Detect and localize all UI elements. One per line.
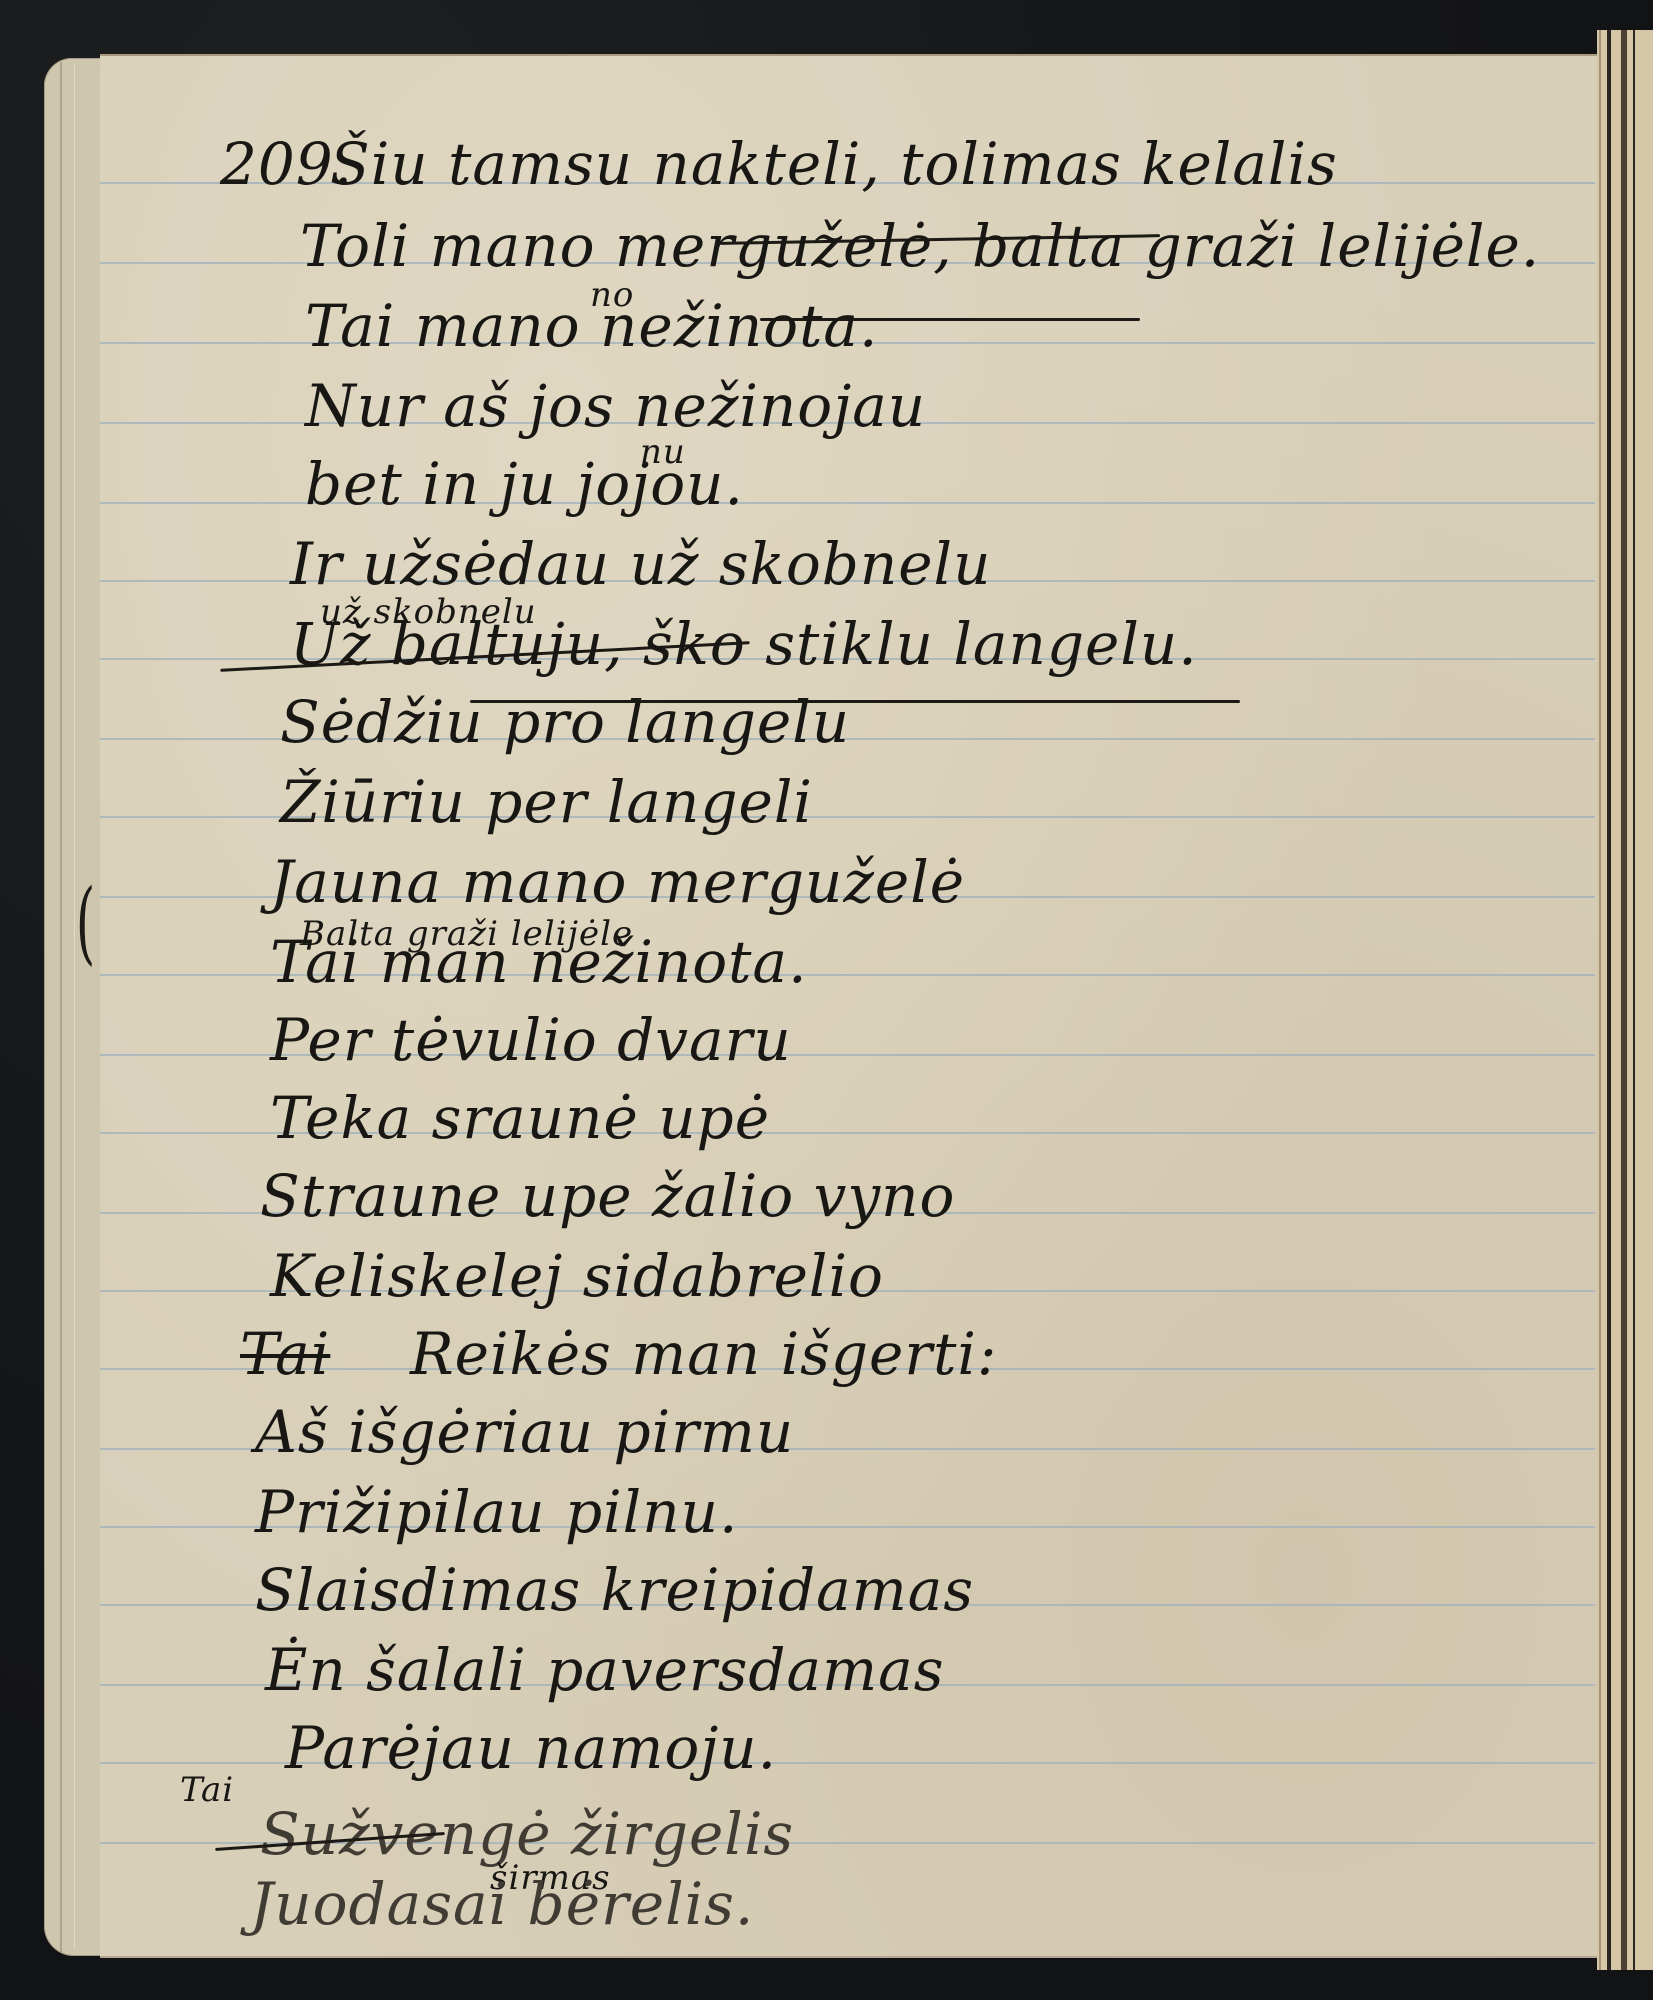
struck-word: Tai [240, 1320, 330, 1388]
song-line-20: Ėn šalali paversdamas [265, 1636, 944, 1704]
page-edge-line [74, 64, 75, 1950]
song-line-14: Straune upe žalio vyno [260, 1162, 955, 1230]
song-line-23: Juodasai bėrelis. [250, 1870, 754, 1938]
binding-stripe [1607, 30, 1611, 1970]
song-line-6: Ir užsėdau už skobnelu [290, 530, 991, 598]
song-line-2: Toli mano merguželė, balta graži lelijėl… [300, 212, 1540, 280]
song-line-4: Nur aš jos nežinojau [305, 372, 926, 440]
song-line-7: Už baltuju, ško stiklu langelu. [290, 610, 1198, 678]
page-edge [1599, 30, 1601, 1970]
song-line-13: Teka sraunė upė [270, 1084, 770, 1152]
song-line-5: bet in ju jojou. [305, 450, 744, 518]
song-line-11: Tai man nežinota. [270, 928, 808, 996]
margin-bracket-mark: ( [76, 870, 95, 975]
binding-spine [1597, 30, 1653, 1970]
song-line-3: Tai mano nežinota. [305, 292, 878, 360]
song-line-10: Jauna mano merguželė [270, 848, 965, 916]
song-line-12: Per tėvulio dvaru [270, 1006, 792, 1074]
binding-stripe [1633, 30, 1635, 1970]
insertion-left: Tai [180, 1770, 234, 1810]
song-line-18: Prižipilau pilnu. [255, 1478, 738, 1546]
song-line-15: Keliskelej sidabrelio [270, 1242, 884, 1310]
binding-stripe [1621, 30, 1627, 1970]
song-line-21: Parėjau namoju. [285, 1714, 777, 1782]
song-line-1: Šiu tamsu nakteli, tolimas kelalis [330, 130, 1338, 198]
song-line-8: Sėdžiu pro langelu [280, 688, 850, 756]
song-line-16: Reikės man išgerti: [410, 1320, 997, 1388]
song-line-19: Slaisdimas kreipidamas [255, 1556, 974, 1624]
song-line-9: Žiūriu per langeli [280, 768, 813, 836]
song-line-17: Aš išgėriau pirmu [255, 1398, 794, 1466]
